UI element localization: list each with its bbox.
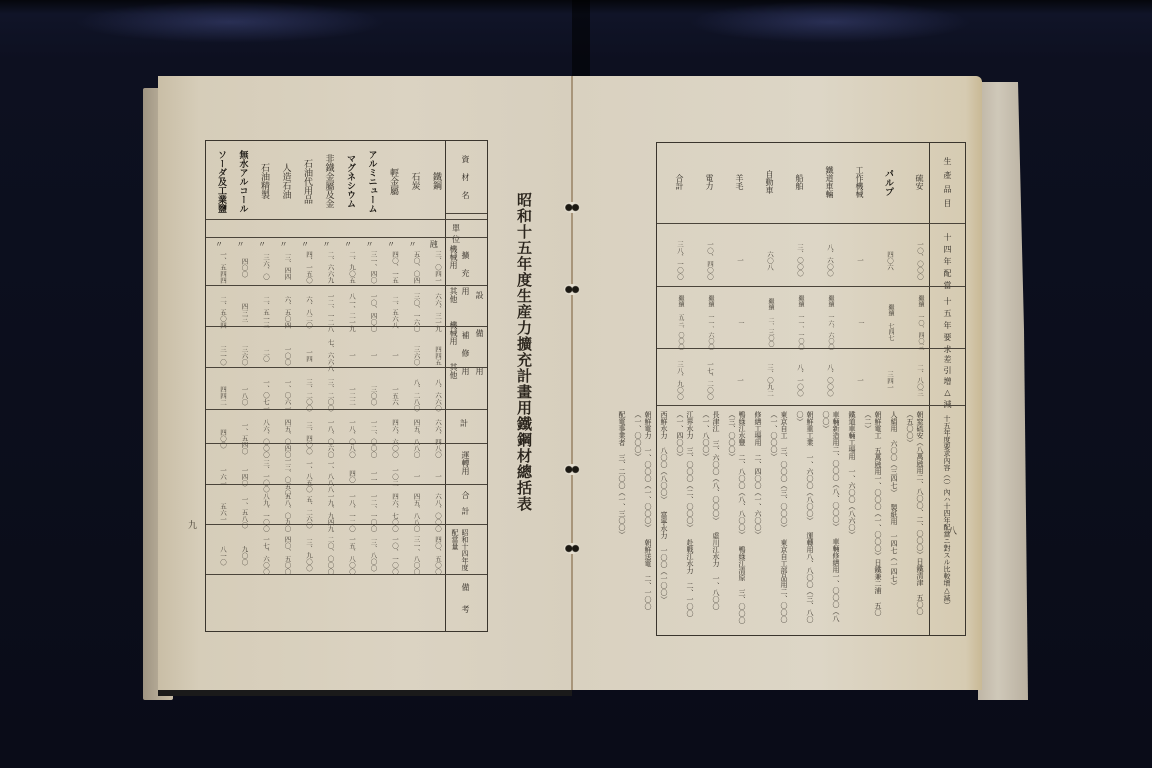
- breakdown-line: 朝鮮重工業 一、六〇〇（八〇〇） 運轉用八、八〇〇（三、八〇〇）: [795, 411, 815, 627]
- value-cell: 一六一: [210, 457, 228, 496]
- value-cell: 八、二八〇: [404, 379, 422, 412]
- header-fy14-allocation: 昭和十四年度配當量: [450, 529, 470, 573]
- value-cell: 繼續 一六、六〇〇: [813, 295, 835, 350]
- value-cell: 三、〇四一: [425, 251, 443, 284]
- value-cell: 一七、六〇〇: [253, 536, 271, 575]
- value-cell: 一〇二: [382, 457, 400, 496]
- header-expansion: 擴充用: [460, 251, 471, 305]
- value-cell: 一四〇: [232, 457, 250, 496]
- value-cell: 一、八五〇: [296, 457, 314, 496]
- header-material-name: 資材名: [460, 155, 471, 209]
- value-cell: 四五、八八〇: [404, 493, 422, 532]
- value-cell: 三一、八〇〇: [404, 536, 422, 575]
- value-cell: 三、四〇〇: [296, 419, 314, 458]
- item-steel: 鐵鋼: [425, 145, 443, 217]
- value-cell: 繼續 一一、一〇〇: [783, 295, 805, 350]
- value-cell: 一一: [361, 457, 379, 496]
- value-cell: 一八〇: [232, 379, 250, 412]
- breakdown-line: 修繕工場用 二、四〇〇（一、六〇〇）: [753, 411, 763, 627]
- value-cell: 六六、四八〇: [425, 419, 443, 458]
- binding-hole: [564, 543, 580, 554]
- value-cell: 三、四四: [275, 251, 293, 284]
- value-cell: 一〇、一〇〇: [382, 536, 400, 575]
- header-unit: 單位: [452, 223, 487, 245]
- value-cell: 八九、一〇〇: [253, 493, 271, 532]
- breakdown-line: 朝窒硫安（八萬瓲用二、八〇〇、二、〇〇〇）日鐵清津 五〇〇（五〇〇）: [905, 411, 925, 627]
- unit-cell: 〃: [296, 239, 314, 250]
- value-cell: 一: [843, 241, 865, 280]
- value-cell: 二〇、〇〇〇: [318, 536, 336, 575]
- breakdown-line: 江界水力 三、〇〇〇（二、〇〇〇） 赴戰江水力 二、一〇〇（一、四〇〇）: [675, 411, 695, 627]
- value-cell: 八、〇〇〇: [813, 361, 835, 400]
- binding-hole: [564, 464, 580, 475]
- value-cell: 二、九〇五: [339, 251, 357, 284]
- item-anhydrous-alcohol: 無水アルコール: [232, 145, 250, 217]
- value-cell: 六八、〇〇〇: [425, 493, 443, 532]
- table-row-difference: 二、八〇三三四一一八、〇〇〇八、一〇〇三、〇九二一一七、二〇〇三八、九〇〇: [663, 361, 925, 400]
- table-row-total: 六八、〇〇〇四五、八八〇四六、七〇〇一二、一〇〇一八、一二〇一九、九四九五、二六…: [210, 493, 443, 532]
- value-cell: 一、五四〇: [232, 419, 250, 458]
- header-remarks: 備考: [460, 583, 471, 627]
- value-cell: 八、六六〇: [425, 379, 443, 412]
- item-coal: 石炭: [404, 145, 422, 217]
- header-difference: 差引增△減: [942, 355, 953, 411]
- table-row-operation: 一一一〇二一一四〇一、八八八一、八五〇一三、〇五〇三、一〇〇一四〇一六一: [210, 457, 443, 496]
- right-table-items: 硫安 パルプ 工作機械 鐵道車輛 船舶 自動車 羊毛 電力 合計: [663, 151, 925, 213]
- value-cell: 三四一: [873, 361, 895, 400]
- value-cell: 一八、〇六〇: [318, 419, 336, 458]
- item-synthetic-oil: 人造石油: [275, 145, 293, 217]
- binding-hole: [564, 202, 580, 213]
- unit-cell: 〃: [232, 239, 250, 250]
- value-cell: 四、一五〇: [296, 251, 314, 284]
- binding-hole: [564, 284, 580, 295]
- value-cell: 一、五八〇: [232, 493, 250, 532]
- value-cell: 一七、二〇〇: [693, 361, 715, 400]
- header-replacement: 補修用: [460, 331, 471, 385]
- value-cell: 一: [843, 361, 865, 400]
- unit-cell: 〃: [382, 239, 400, 250]
- value-cell: 一八、〇八〇: [339, 419, 357, 458]
- table-row-fy14-allocation: 一〇、〇〇〇四〇六一八、六〇〇三、〇〇〇六〇八一一〇、四〇〇三八、一〇〇: [663, 241, 925, 280]
- item-nonferrous: 非鐵金屬及金: [318, 145, 336, 217]
- left-summary-table: 資材名 單位 設備用 擴充用 補修用 機械用 其他 機械用 其他 計 運轉用 合…: [205, 140, 488, 632]
- right-table-header-column: 生產品目 十四年配當 十五年要求 差引增△減 十五年度要求內容（（）內ハ十四年配…: [929, 143, 965, 635]
- value-cell: 三一、四〇: [361, 251, 379, 284]
- value-cell: 四〇六: [873, 241, 895, 280]
- header-other-1: 其他: [448, 287, 459, 303]
- breakdown-line: 人絹用 六〇〇（三四七） 製紙用 一四七（一四七）: [889, 411, 899, 627]
- value-cell: 一二、一〇〇: [361, 493, 379, 532]
- unit-cell: 〃: [318, 239, 336, 250]
- value-cell: 四六、七〇〇: [382, 493, 400, 532]
- value-cell: 一: [843, 295, 865, 350]
- value-cell: 一〇、〇〇〇: [903, 241, 925, 280]
- left-table-header-column: 資材名 單位 設備用 擴充用 補修用 機械用 其他 機械用 其他 計 運轉用 合…: [445, 141, 487, 631]
- book-gutter: [571, 76, 573, 690]
- value-cell: 八、六〇〇: [813, 241, 835, 280]
- item-oil-substitute: 石油代用品: [296, 145, 314, 217]
- value-cell: 一八、一二〇: [339, 493, 357, 532]
- value-cell: 一、八八八: [318, 457, 336, 496]
- page-number-left: 九: [188, 518, 197, 531]
- header-machinery-2: 機械用: [448, 321, 459, 345]
- value-cell: 三、一〇〇: [253, 457, 271, 496]
- breakdown-line: 西鮮水力 八〇〇（八〇〇） 富寧水力 一〇〇（一〇〇）: [659, 411, 669, 627]
- value-cell: 一、〇七一: [253, 379, 271, 412]
- value-cell: 三、二〇〇: [318, 379, 336, 412]
- value-cell: 繼續 一一、六〇〇: [693, 295, 715, 350]
- value-cell: 三八、一〇〇: [663, 241, 685, 280]
- item-electric-power: 電力: [693, 151, 715, 213]
- value-cell: 一、五四四: [210, 251, 228, 284]
- value-cell: 三〇〇: [361, 379, 379, 412]
- breakdown-line: 朝鮮電力 一、〇〇〇（一、〇〇〇） 朝鮮送電 二、一〇〇（一、〇〇〇）: [633, 411, 653, 627]
- header-machinery-1: 機械用: [448, 245, 459, 269]
- table-row-fy15-request: 繼續 一〇、四〇三繼續 七四七一繼續 一六、六〇〇繼續 一一、一〇〇繼續 二、三…: [663, 295, 925, 350]
- value-cell: 一: [404, 457, 422, 496]
- value-cell: 一三、〇五〇: [275, 457, 293, 496]
- table-row-fy14-allocation: 四〇、五〇〇三一、八〇〇一〇、一〇〇三、八〇〇一五、八〇〇二〇、〇〇〇三、九〇〇…: [210, 536, 443, 575]
- breakdown-line: 鐵道車輛工場用 一、六〇〇（八六〇）: [847, 411, 857, 627]
- value-cell: 四〇〇: [210, 419, 228, 458]
- value-cell: 一〇、四〇〇: [693, 241, 715, 280]
- value-cell: 三、〇九二: [753, 361, 775, 400]
- value-cell: 五六一: [210, 493, 228, 532]
- table-row-expansion-machinery: 三、〇四一五〇、〇四四〇、一五三一、四〇二、九〇五二、六六九四、一五〇三、四四三…: [210, 251, 443, 284]
- header-fy14-allocation: 十四年配當: [942, 233, 953, 293]
- unit-cell: 〃: [339, 239, 357, 250]
- item-magnesium: マグネシウム: [339, 145, 357, 217]
- value-cell: 三、二〇〇: [296, 379, 314, 412]
- value-cell: 四〇: [339, 457, 357, 496]
- value-cell: 八、一〇〇: [783, 361, 805, 400]
- table-row-subtotal: 六六、四八〇四五、八八〇四六、六〇〇一二、〇〇〇一八、〇八〇一八、〇六〇三、四〇…: [210, 419, 443, 458]
- unit-cell: 瓲: [425, 239, 443, 250]
- value-cell: 五〇、〇四: [404, 251, 422, 284]
- header-total: 合計: [460, 491, 471, 523]
- value-cell: 繼續 二、三〇〇: [753, 295, 775, 350]
- value-cell: 一五、八〇〇: [339, 536, 357, 575]
- value-cell: 四五、八八〇: [404, 419, 422, 458]
- breakdown-line: 鴨綠江水豐 二、八〇〇（八、八〇〇） 鴨綠江清原 三、〇〇〇（三、〇〇〇）: [727, 411, 747, 627]
- left-table-items: 鐵鋼 石炭 輕金屬 アルミニューム マグネシウム 非鐵金屬及金 石油代用品 人造…: [210, 145, 443, 217]
- value-cell: 一九、九四九: [318, 493, 336, 532]
- breakdown-line: 配電事業者 三、二〇〇（一、三〇〇）: [617, 411, 627, 627]
- value-cell: 繼續 七四七: [873, 295, 895, 350]
- value-cell: 九〇〇: [232, 536, 250, 575]
- breakdown-section: 朝窒硫安（八萬瓲用二、八〇〇、二、〇〇〇）日鐵清津 五〇〇（五〇〇） 人絹用 六…: [663, 411, 925, 627]
- value-cell: 三八、九〇〇: [663, 361, 685, 400]
- item-railway-vehicles: 鐵道車輛: [813, 151, 835, 213]
- unit-cell: 〃: [253, 239, 271, 250]
- item-ships: 船舶: [783, 151, 805, 213]
- value-cell: 繼續 一〇、四〇三: [903, 295, 925, 350]
- value-cell: 一二、〇〇〇: [361, 419, 379, 458]
- right-summary-table: 生產品目 十四年配當 十五年要求 差引增△減 十五年度要求內容（（）內ハ十四年配…: [656, 142, 966, 636]
- value-cell: 三六、〇: [253, 251, 271, 284]
- item-light-metal: 輕金屬: [382, 145, 400, 217]
- value-cell: 一: [723, 295, 745, 350]
- value-cell: 一: [425, 457, 443, 496]
- table-row-replacement-other: 八、六六〇八、二八〇一五六三〇〇一二二三、二〇〇三、二〇〇一、〇六一一、〇七一一…: [210, 379, 443, 412]
- item-aluminium: アルミニューム: [361, 145, 379, 217]
- unit-cell: 〃: [210, 239, 228, 250]
- unit-cell: 〃: [275, 239, 293, 250]
- value-cell: 四〇〇: [232, 251, 250, 284]
- value-cell: 五八、〇九〇: [275, 493, 293, 532]
- value-cell: 四〇、五〇〇: [425, 536, 443, 575]
- breakdown-line: 朝鮮電工 五萬瓲用一、〇〇〇（一、〇〇〇）日鐵兼二浦 五〇（二）: [863, 411, 883, 627]
- value-cell: 八一〇: [210, 536, 228, 575]
- breakdown-line: 車輛新造用二、〇〇〇（八、〇〇〇） 車輛修繕用一、〇〇〇（八〇〇）: [821, 411, 841, 627]
- unit-cell: 〃: [361, 239, 379, 250]
- value-cell: 四〇、一五: [382, 251, 400, 284]
- value-cell: 一、〇六一: [275, 379, 293, 412]
- value-cell: 一五六: [382, 379, 400, 412]
- header-operation: 運轉用: [460, 451, 471, 475]
- value-cell: 四〇、五〇〇: [275, 536, 293, 575]
- value-cell: 一: [723, 241, 745, 280]
- value-cell: 五、二六〇: [296, 493, 314, 532]
- value-cell: 六〇八: [753, 241, 775, 280]
- header-subtotal: 計: [460, 418, 468, 429]
- value-cell: 三、八〇〇: [361, 536, 379, 575]
- item-ammonium-sulfate: 硫安: [903, 151, 925, 213]
- value-cell: 四六、六〇〇: [382, 419, 400, 458]
- header-equipment: 設備用: [474, 291, 485, 405]
- item-wool: 羊毛: [723, 151, 745, 213]
- header-other-2: 其他: [448, 363, 459, 379]
- value-cell: 三、九〇〇: [296, 536, 314, 575]
- value-cell: 一二二: [339, 379, 357, 412]
- value-cell: 八六、〇〇〇: [253, 419, 271, 458]
- value-cell: 四五、〇四〇: [275, 419, 293, 458]
- item-total: 合計: [663, 151, 685, 213]
- value-cell: 三、〇〇〇: [783, 241, 805, 280]
- item-pulp: パルプ: [873, 151, 895, 213]
- unit-row: 瓲 〃 〃 〃 〃 〃 〃 〃 〃 〃 〃: [210, 239, 443, 250]
- item-automobiles: 自動車: [753, 151, 775, 213]
- header-product-item: 生產品目: [942, 157, 953, 213]
- value-cell: 一: [723, 361, 745, 400]
- document-title: 昭和十五年度生産力擴充計畫用鐵鋼材總括表: [514, 192, 535, 512]
- header-breakdown: 十五年度要求內容（（）內ハ十四年配當ニ對スル比較增△減）: [942, 415, 952, 609]
- value-cell: 四四二: [210, 379, 228, 412]
- item-machine-tools: 工作機械: [843, 151, 865, 213]
- value-cell: 繼續 五三、〇〇〇: [663, 295, 685, 350]
- value-cell: 二、六六九: [318, 251, 336, 284]
- breakdown-line: 東京自工 三、〇〇〇（三、〇〇〇） 東京自工部品用二、〇〇〇（一、〇〇〇）: [769, 411, 789, 627]
- unit-cell: 〃: [404, 239, 422, 250]
- value-cell: 二、八〇三: [903, 361, 925, 400]
- item-oil-refining: 石油精製: [253, 145, 271, 217]
- breakdown-line: 長津江 三、六〇〇（八、〇〇〇） 虛川江水力 一、八〇〇（一、八〇〇）: [701, 411, 721, 627]
- item-soda-salt: ソーダ及工業鹽: [210, 145, 228, 217]
- display-case-divider: [572, 0, 590, 80]
